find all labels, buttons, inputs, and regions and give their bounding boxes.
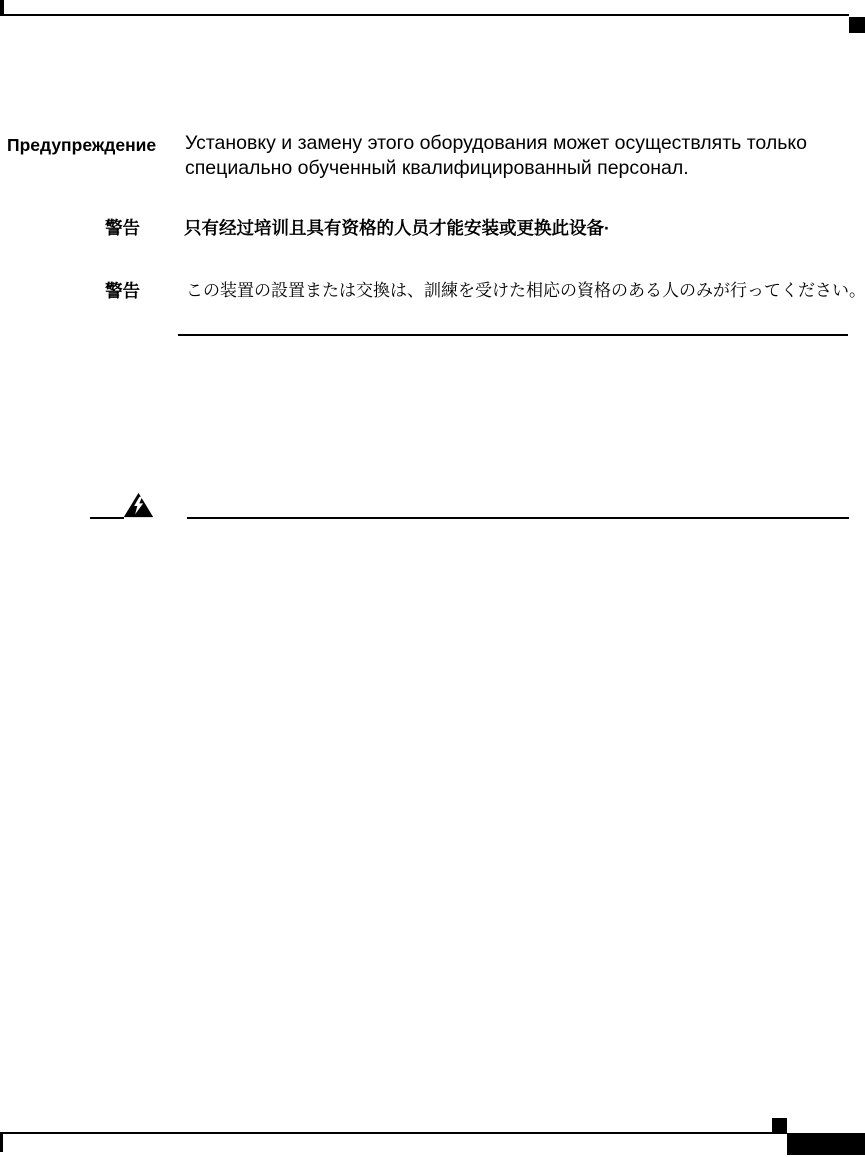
bottom-horizontal-rule bbox=[0, 1132, 787, 1134]
top-horizontal-rule bbox=[0, 14, 849, 16]
page-number-tab bbox=[787, 1133, 865, 1155]
warning-text-line: специально обученный квалифицированный п… bbox=[185, 156, 807, 181]
crop-mark-top-left bbox=[0, 0, 4, 15]
warning-text-japanese: この装置の設置または交換は、訓練を受けた相応の資格のある人のみが行ってください。 bbox=[186, 280, 865, 302]
warning-text-line: Установку и замену этого оборудования мо… bbox=[185, 131, 807, 156]
warning-icon-left-rule bbox=[90, 517, 124, 519]
warning-text-line: 只有经过培训且具有资格的人员才能安装或更换此设备· bbox=[184, 217, 610, 239]
page-edge-mark-bottom bbox=[772, 1118, 787, 1133]
warning-lightning-icon bbox=[123, 492, 154, 518]
page-edge-tab-top-right bbox=[849, 17, 865, 33]
warning-section-bottom-rule bbox=[178, 334, 848, 336]
warning-label-chinese: 警告 bbox=[105, 218, 140, 239]
warning-icon-right-rule bbox=[187, 517, 849, 519]
warning-text-line: この装置の設置または交換は、訓練を受けた相応の資格のある人のみが行ってください。 bbox=[186, 280, 865, 302]
warning-text-russian: Установку и замену этого оборудования мо… bbox=[185, 131, 807, 180]
document-page: Предупреждение Установку и замену этого … bbox=[0, 0, 865, 1157]
warning-text-chinese: 只有经过培训且具有资格的人员才能安装或更换此设备· bbox=[184, 217, 610, 239]
warning-label-russian: Предупреждение bbox=[7, 134, 156, 156]
crop-mark-bottom-left bbox=[0, 1133, 3, 1152]
warning-label-japanese: 警告 bbox=[105, 281, 140, 302]
